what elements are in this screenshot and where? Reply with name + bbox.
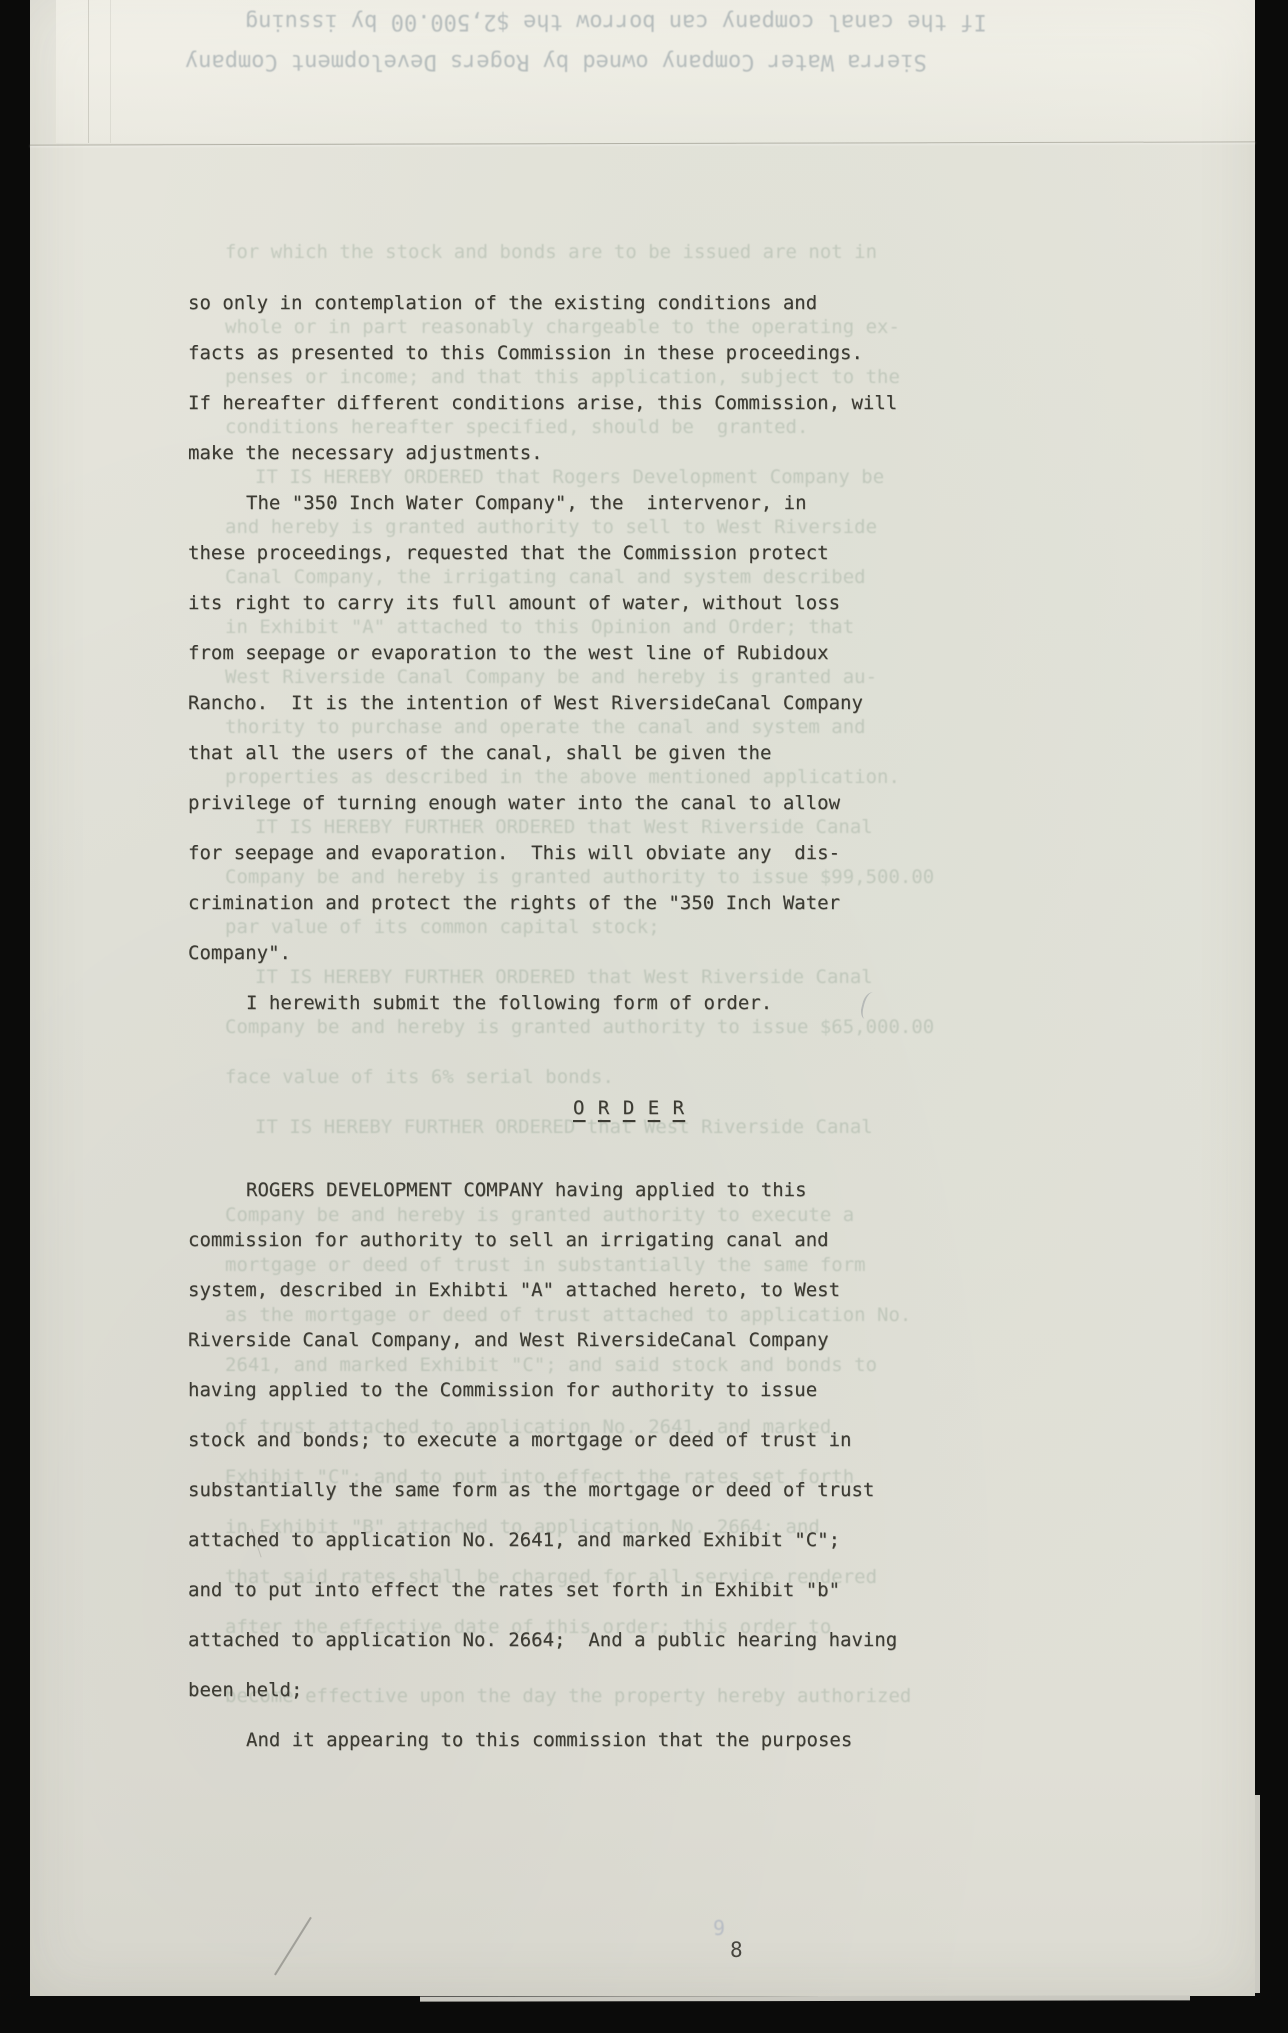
typed-line: so only in contemplation of the existing… — [188, 278, 1148, 328]
typed-line: facts as presented to this Commission in… — [188, 328, 1148, 378]
order-heading-letter: R — [673, 1097, 685, 1119]
order-heading-space — [635, 1097, 647, 1119]
typed-line: Company". — [188, 928, 1148, 978]
order-heading-space — [585, 1097, 597, 1119]
typed-line: If hereafter different conditions arise,… — [188, 378, 1148, 428]
order-heading-letter: E — [648, 1097, 660, 1119]
typed-line: crimination and protect the rights of th… — [188, 878, 1148, 928]
typed-line: having applied to the Commission for aut… — [188, 1365, 1148, 1415]
typed-line: stock and bonds; to execute a mortgage o… — [188, 1415, 1148, 1465]
pencil-page-number: 9 — [713, 1916, 725, 1940]
under-sheet-edge — [420, 1995, 1190, 2001]
paper-sheet: If the canal company can borrow the $2,5… — [30, 0, 1255, 1996]
typed-line: been held; — [188, 1665, 1148, 1715]
order-heading-space — [610, 1097, 622, 1119]
typed-text-body: so only in contemplation of the existing… — [188, 278, 1148, 1765]
typed-line: Riverside Canal Company, and West Rivers… — [188, 1315, 1148, 1365]
typed-line: make the necessary adjustments. — [188, 428, 1148, 478]
page-number: 8 — [730, 1938, 743, 1962]
order-heading-letter: D — [623, 1097, 635, 1119]
typed-line: I herewith submit the following form of … — [188, 978, 1148, 1028]
typed-line: that all the users of the canal, shall b… — [188, 728, 1148, 778]
typed-line: these proceedings, requested that the Co… — [188, 528, 1148, 578]
typed-line: commission for authority to sell an irri… — [188, 1215, 1148, 1265]
typed-line: and to put into effect the rates set for… — [188, 1565, 1148, 1615]
typed-line: ROGERS DEVELOPMENT COMPANY having applie… — [188, 1165, 1148, 1215]
typed-line: substantially the same form as the mortg… — [188, 1465, 1148, 1515]
order-heading-letter: R — [598, 1097, 610, 1119]
typed-line: And it appearing to this commission that… — [188, 1715, 1148, 1765]
order-heading: O R D E R — [573, 1083, 1148, 1133]
scan-mat: If the canal company can borrow the $2,5… — [0, 0, 1288, 2033]
order-heading-letter: O — [573, 1097, 585, 1119]
typed-line: attached to application No. 2641, and ma… — [188, 1515, 1148, 1565]
typed-line: system, described in Exhibti "A" attache… — [188, 1265, 1148, 1315]
under-sheet-edge — [1255, 1795, 1260, 1993]
typed-line: from seepage or evaporation to the west … — [188, 628, 1148, 678]
bleed-through-line: for which the stock and bonds are to be … — [225, 240, 877, 264]
typed-line: for seepage and evaporation. This will o… — [188, 828, 1148, 878]
order-heading-space — [660, 1097, 672, 1119]
typed-line: its right to carry its full amount of wa… — [188, 578, 1148, 628]
typed-line: attached to application No. 2664; And a … — [188, 1615, 1148, 1665]
typed-line: Rancho. It is the intention of West Rive… — [188, 678, 1148, 728]
typed-line: The "350 Inch Water Company", the interv… — [188, 478, 1148, 528]
typed-line: privilege of turning enough water into t… — [188, 778, 1148, 828]
